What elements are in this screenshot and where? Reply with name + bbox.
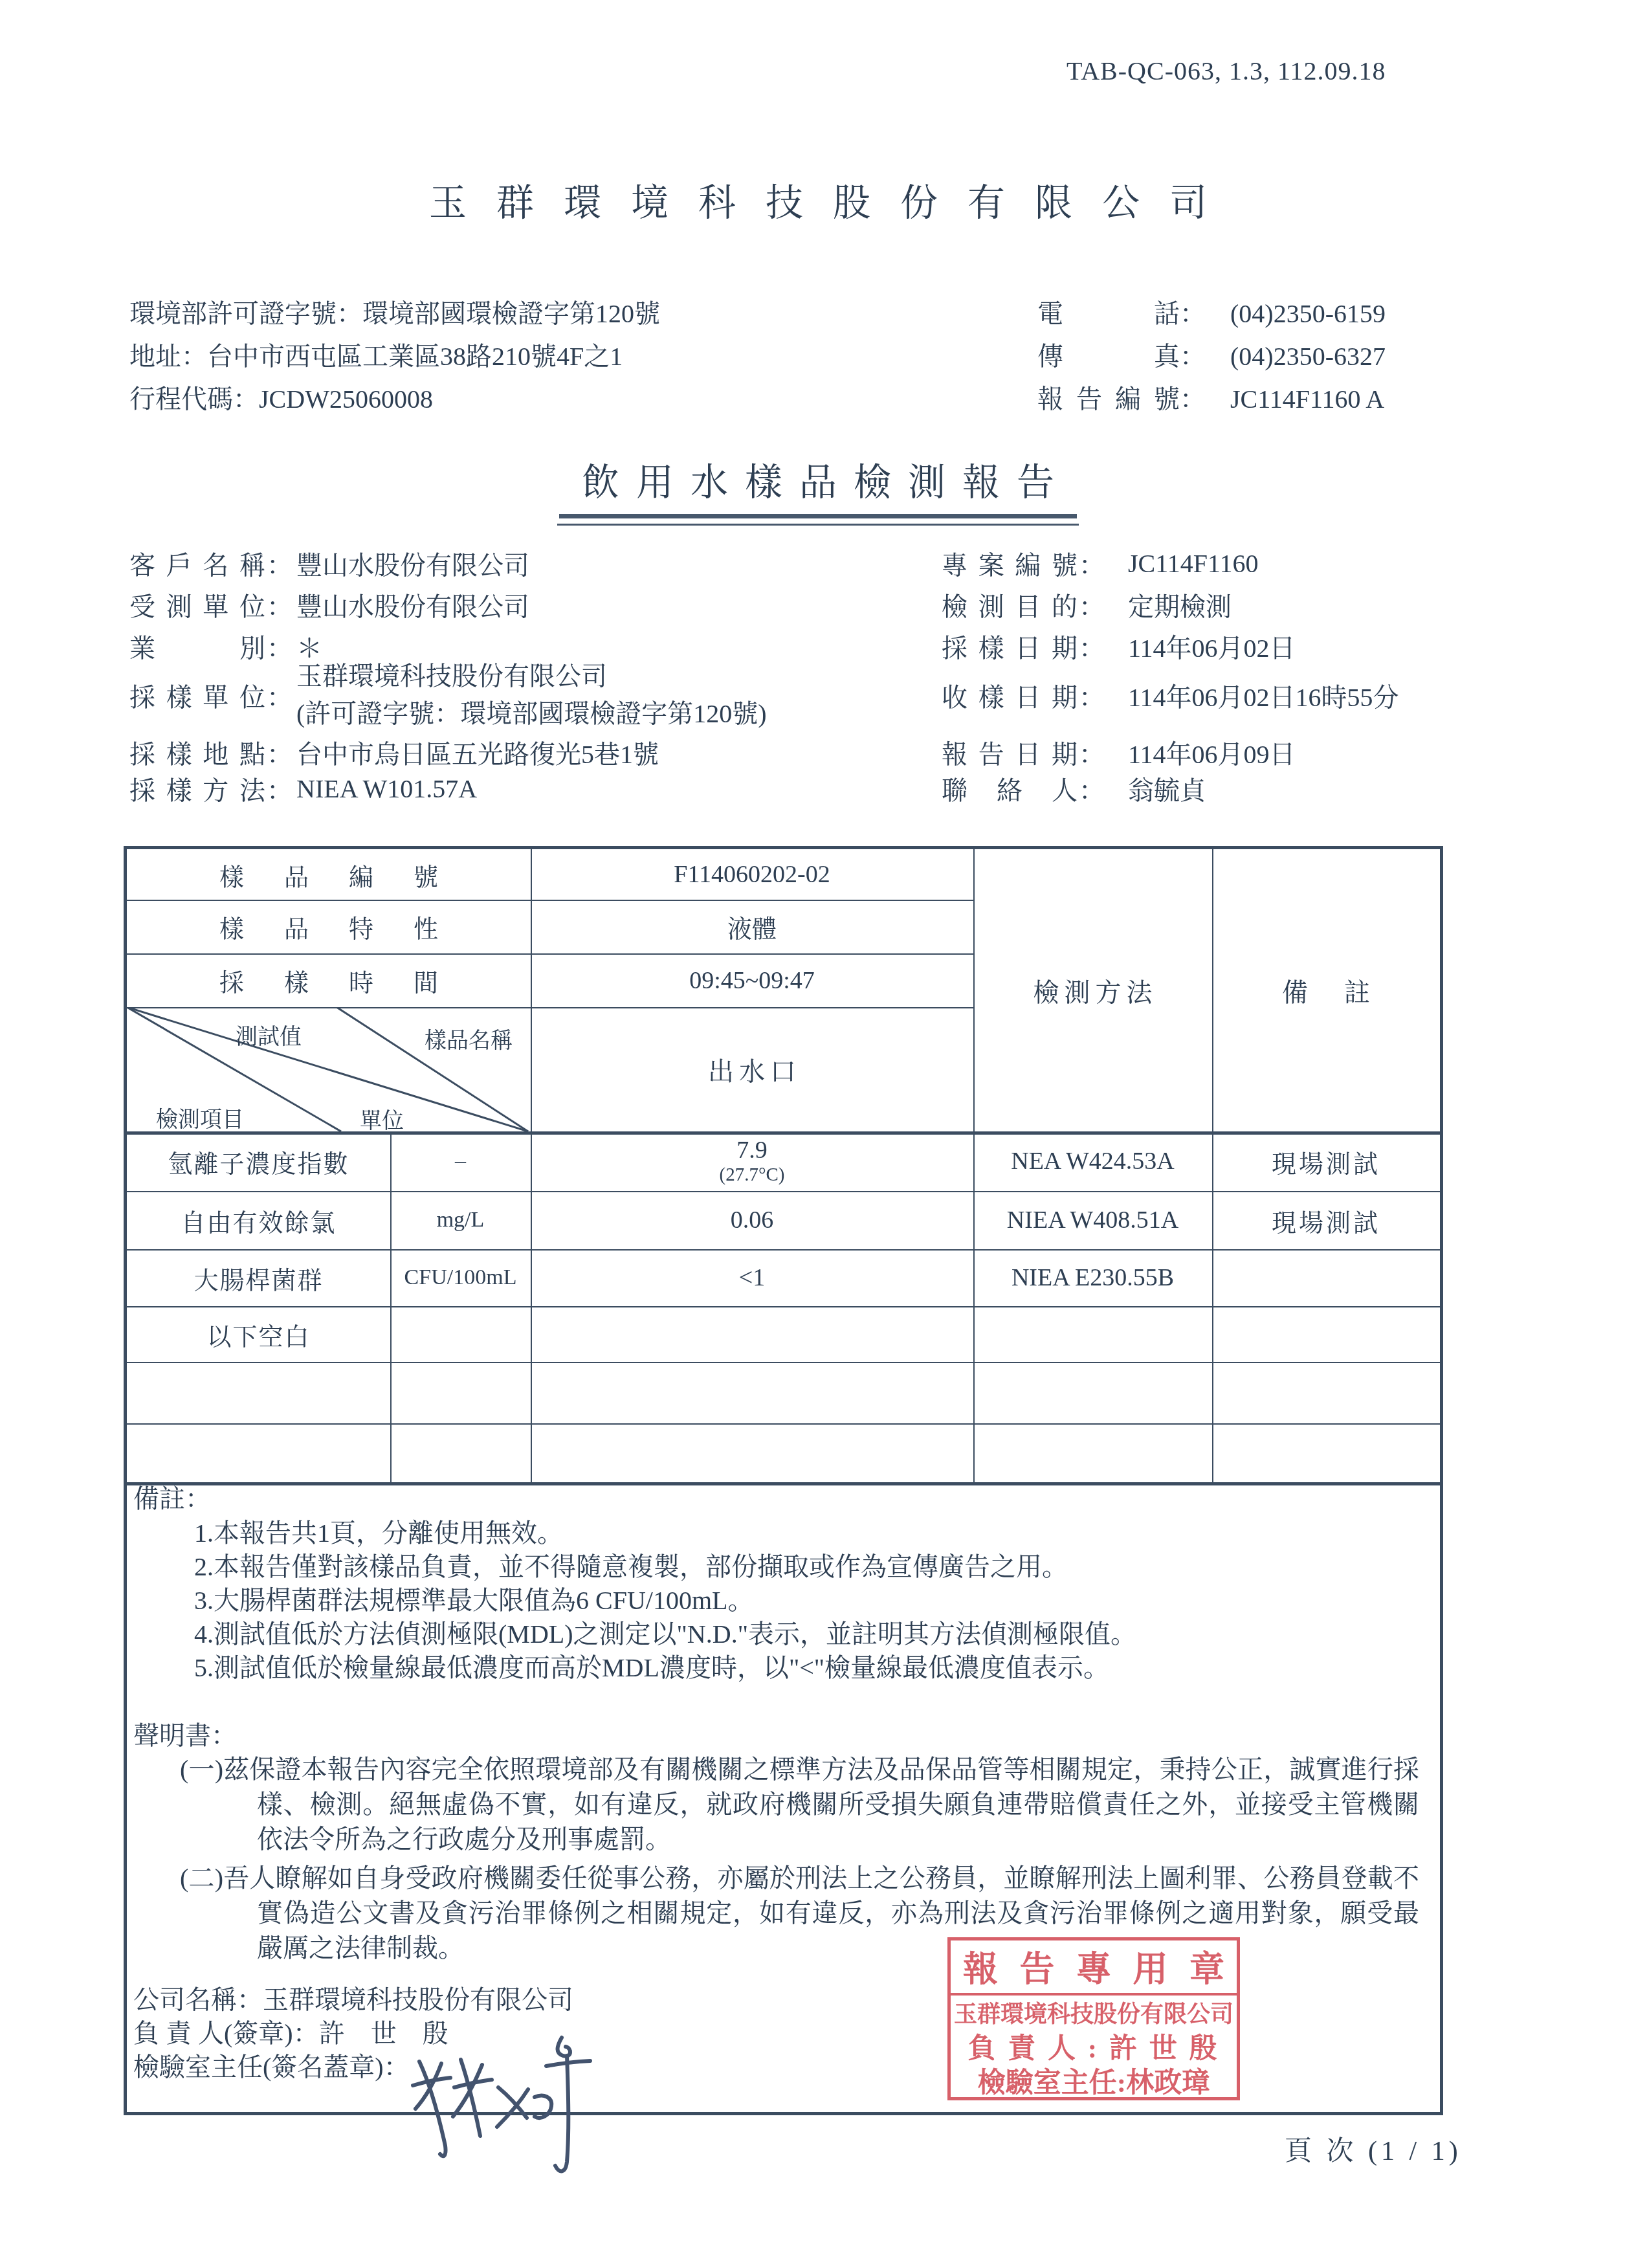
sampling-method-label: 採樣方法 [129,770,265,807]
row-unit [390,1306,531,1362]
declaration-marker: (一) [180,1755,223,1784]
results-box: 樣 品 編 號 F114060202-02 樣 品 特 性 液體 採 樣 時 間… [124,846,1443,2115]
sampling-unit-label: 採樣單位 [129,677,265,714]
address-row: 地址：台中市西屯區工業區38路210號4F之1 [129,335,660,378]
project-number-value: JC114F1160 [1128,548,1259,579]
notes-label: 備註： [133,1478,211,1515]
page-title: 飲用水樣品檢測報告 [565,452,1071,506]
phone-value: (04)2350-6159 [1230,299,1386,328]
row-remark [1212,1306,1440,1362]
colon: ： [1079,628,1105,665]
note-item: 2.本報告僅對該樣品負責，並不得隨意複製，部份擷取或作為宣傳廣告之用。 [194,1550,1136,1584]
corner-test-value-label: 測試值 [236,1019,302,1051]
sample-id-value: F114060202-02 [531,849,973,900]
sample-property-value: 液體 [531,900,973,953]
footer-company-label: 公司名稱： [133,1985,263,2014]
remark-column-header: 備 註 [1212,849,1440,1131]
colon: ： [1180,342,1206,371]
permit-number-row: 環境部許可證字號：環境部國環檢證字第120號 [129,293,660,335]
colon: ： [267,545,293,582]
footer-company-row: 公司名稱：玉群環境科技股份有限公司 [133,1983,573,2017]
stamp-title: 報 告 專 用 章 [951,1940,1237,1996]
contact-person-value: 翁毓貞 [1128,770,1206,807]
row-item [127,1362,390,1423]
permit-number-label: 環境部許可證字號： [129,299,362,328]
report-number-row: 報告編號：JC114F1160 A [1037,378,1386,421]
sampling-unit-company: 玉群環境科技股份有限公司 [296,658,767,695]
report-stamp: 報 告 專 用 章 玉群環境科技股份有限公司 負 責 人 : 許 世 殷 檢驗室… [947,1937,1240,2100]
colon: ： [267,734,293,771]
row-method: NIEA E230.55B [973,1249,1212,1306]
trip-code-value: JCDW25060008 [259,384,433,414]
test-purpose-label: 檢測目的 [942,586,1078,623]
row-item: 自由有效餘氯 [127,1191,390,1249]
customer-name-value: 豐山水股份有限公司 [296,545,529,582]
customer-name-label: 客戶名稱 [129,545,265,582]
note-item: 1.本報告共1頁，分離使用無效。 [194,1517,1136,1550]
corner-test-item-label: 檢測項目 [156,1102,244,1133]
contact-person-label: 聯絡人 [942,770,1078,807]
row-item: 以下空白 [127,1306,390,1362]
stamp-lab-director: 檢驗室主任:林政璋 [978,2063,1210,2097]
row-value [531,1306,973,1362]
diagonal-corner-cell: 測試值 樣品名稱 檢測項目 單位 [127,1007,531,1131]
method-column-header: 檢測方法 [973,849,1212,1131]
row-value: <1 [531,1249,973,1306]
row-value: 7.9(27.7°C) [531,1131,973,1191]
test-purpose-value: 定期檢測 [1128,586,1232,623]
stamp-principal: 負 責 人 : 許 世 殷 [968,2029,1220,2063]
declaration-item-1: (一)茲保證本報告內容完全依照環境部及有關機關之標準方法及品保品管等相關規定，秉… [180,1752,1419,1857]
corner-sample-name-label: 樣品名稱 [425,1023,513,1054]
report-page: TAB-QC-063, 1.3, 112.09.18 玉群環境科技股份有限公司 … [0,0,1636,2268]
sampling-date-row: 採樣日期：114年06月02日 [942,625,1296,667]
tested-unit-value: 豐山水股份有限公司 [296,586,529,623]
colon: ： [1180,384,1206,414]
colon: ： [1180,299,1206,328]
address-label: 地址： [129,342,207,371]
customer-name-row: 客戶名稱：豐山水股份有限公司 [129,542,529,584]
sampling-date-label: 採樣日期 [942,628,1078,665]
sampling-method-value: NIEA W101.57A [296,773,477,804]
row-item: 大腸桿菌群 [127,1249,390,1306]
fax-value: (04)2350-6327 [1230,342,1386,371]
declaration-marker: (二) [180,1863,223,1893]
contact-person-row: 聯絡人：翁毓貞 [942,768,1206,809]
row-unit: mg/L [390,1191,531,1249]
value-main: 7.9 [736,1137,768,1164]
notes-list: 1.本報告共1頁，分離使用無效。 2.本報告僅對該樣品負責，並不得隨意複製，部份… [194,1517,1136,1685]
header-right-block: 電話：(04)2350-6159 傳真：(04)2350-6327 報告編號：J… [1037,293,1386,421]
title-underline-thin [557,524,1079,526]
sampling-site-label: 採樣地點 [129,734,265,771]
title-underline-thick [559,514,1077,518]
colon: ： [267,586,293,623]
colon: ： [267,677,293,714]
declaration-text: 茲保證本報告內容完全依照環境部及有關機關之標準方法及品保品管等相關規定，秉持公正… [223,1755,1419,1854]
corner-unit-label: 單位 [360,1103,404,1135]
grid-line [127,1482,1440,1485]
row-item [127,1423,390,1482]
note-item: 3.大腸桿菌群法規標準最大限值為6 CFU/100mL。 [194,1584,1136,1618]
sample-name-cell: 出水口 [531,1007,973,1131]
footer-company-value: 玉群環境科技股份有限公司 [263,1985,573,2014]
footer-principal-label: 負 責 人(簽章)： [133,2019,319,2048]
report-date-label: 報告日期 [942,734,1078,771]
footer-lab-director-label: 檢驗室主任(簽名蓋章)： [133,2052,410,2082]
report-date-row: 報告日期：114年06月09日 [942,731,1296,773]
report-date-value: 114年06月09日 [1128,734,1296,771]
tested-unit-label: 受測單位 [129,586,265,623]
report-number-label: 報告編號 [1037,378,1180,421]
colon: ： [1079,734,1105,771]
row-item: 氫離子濃度指數 [127,1131,390,1191]
colon: ： [1079,770,1105,807]
sampling-time-header: 採 樣 時 間 [127,953,531,1007]
stamp-company: 玉群環境科技股份有限公司 [954,1996,1233,2029]
phone-label: 電話 [1037,293,1180,335]
row-method: NIEA W408.51A [973,1191,1212,1249]
sampling-site-value: 台中市烏日區五光路復光5巷1號 [296,734,659,771]
trip-code-row: 行程代碼：JCDW25060008 [129,378,660,421]
note-item: 4.測試值低於方法偵測極限(MDL)之測定以"N.D."表示，並註明其方法偵測極… [194,1618,1136,1651]
value-temperature: (27.7°C) [719,1164,784,1186]
note-item: 5.測試值低於檢量線最低濃度而高於MDL濃度時，以"<"檢量線最低濃度值表示。 [194,1651,1136,1685]
colon: ： [1079,677,1105,714]
row-remark: 現場測試 [1212,1191,1440,1249]
row-unit: – [390,1131,531,1191]
sampling-unit-value: 玉群環境科技股份有限公司(許可證字號：環境部國環檢證字第120號) [296,658,767,733]
trip-code-label: 行程代碼： [129,384,259,414]
sampling-date-value: 114年06月02日 [1128,628,1296,665]
header-left-block: 環境部許可證字號：環境部國環檢證字第120號 地址：台中市西屯區工業區38路21… [129,293,660,421]
permit-number-value: 環境部國環檢證字第120號 [362,299,660,328]
row-remark: 現場測試 [1212,1131,1440,1191]
report-number-value: JC114F1160 A [1230,384,1384,414]
receive-date-value: 114年06月02日16時55分 [1128,677,1399,714]
address-value: 台中市西屯區工業區38路210號4F之1 [207,342,623,371]
row-method: NEA W424.53A [973,1131,1212,1191]
sampling-unit-row: 採樣單位： 玉群環境科技股份有限公司(許可證字號：環境部國環檢證字第120號) [129,656,767,734]
sample-property-header: 樣 品 特 性 [127,900,531,953]
document-code: TAB-QC-063, 1.3, 112.09.18 [1067,56,1507,86]
sampling-site-row: 採樣地點：台中市烏日區五光路復光5巷1號 [129,731,659,773]
project-number-row: 專案編號：JC114F1160 [942,542,1259,584]
company-title: 玉群環境科技股份有限公司 [0,172,1636,227]
fax-row: 傳真：(04)2350-6327 [1037,335,1386,378]
test-purpose-row: 檢測目的：定期檢測 [942,584,1232,625]
report-title-block: 飲用水樣品檢測報告 [0,452,1636,526]
row-value: 0.06 [531,1191,973,1249]
fax-label: 傳真 [1037,335,1180,378]
receive-date-row: 收樣日期：114年06月02日16時55分 [942,674,1399,716]
sampling-time-value: 09:45~09:47 [531,953,973,1007]
page-number: 頁 次 (1 / 1) [1285,2129,1462,2168]
declaration-label: 聲明書： [133,1715,237,1752]
sampling-method-row: 採樣方法：NIEA W101.57A [129,768,477,809]
lab-director-signature [408,2026,602,2181]
tested-unit-row: 受測單位：豐山水股份有限公司 [129,584,529,625]
row-method [973,1306,1212,1362]
colon: ： [1079,586,1105,623]
sample-id-header: 樣 品 編 號 [127,849,531,900]
colon: ： [267,770,293,807]
row-remark [1212,1249,1440,1306]
receive-date-label: 收樣日期 [942,677,1078,714]
phone-row: 電話：(04)2350-6159 [1037,293,1386,335]
colon: ： [1079,545,1105,582]
project-number-label: 專案編號 [942,545,1078,582]
sampling-unit-license: (許可證字號：環境部國環檢證字第120號) [296,695,767,733]
row-unit: CFU/100mL [390,1249,531,1306]
